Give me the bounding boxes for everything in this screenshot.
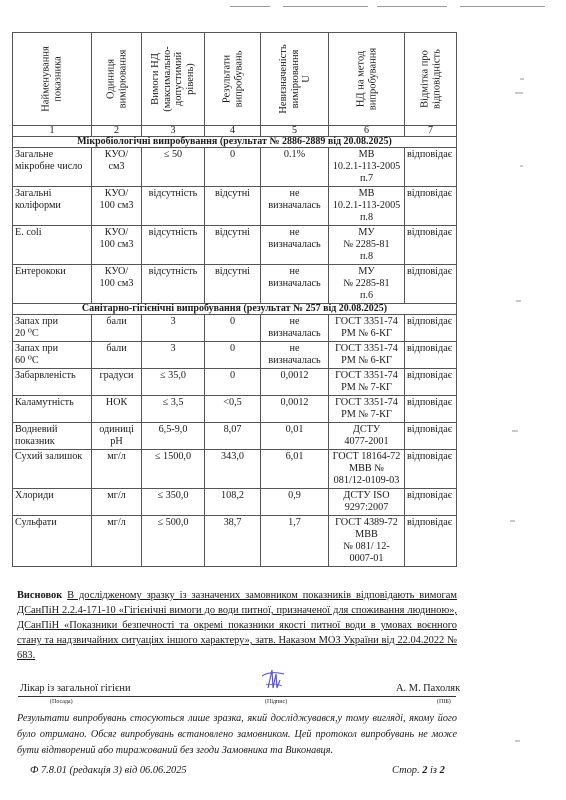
method-cell: ДСТУ ISO 9297:2007 (329, 489, 405, 516)
scan-artifact (283, 6, 368, 7)
method-cell: ГОСТ 3351-74 РМ № 7-КГ (329, 369, 405, 396)
scan-artifact (515, 92, 523, 94)
indicator-name-cell: Забарвленість (13, 369, 92, 396)
handwritten-signature-icon (258, 666, 286, 694)
indicator-name-cell: E. coli (13, 226, 92, 265)
requirement-cell: відсутність (142, 226, 205, 265)
uncertainty-cell: 0,0012 (261, 396, 329, 423)
requirement-cell: ≤ 3,5 (142, 396, 205, 423)
column-number: 1 (13, 126, 92, 137)
method-cell: ГОСТ 18164-72 МВВ № 081/12-0109-03 (329, 450, 405, 489)
unit-cell: КУО/ 100 см3 (92, 265, 142, 304)
column-number-row: 1 2 3 4 5 6 7 (13, 126, 457, 137)
result-cell: 0 (205, 369, 261, 396)
indicator-name-cell: Загальне мікробне число (13, 148, 92, 187)
table-row: Загальні коліформиКУО/ 100 см3відсутніст… (13, 187, 457, 226)
result-cell: 8,07 (205, 423, 261, 450)
method-cell: МВ 10.2.1-113-2005 п.7 (329, 148, 405, 187)
conclusion-label: Висновок (17, 590, 62, 601)
indicator-name-cell: Запах при 20 ⁰С (13, 315, 92, 342)
requirement-cell: відсутність (142, 187, 205, 226)
scan-artifact (512, 430, 518, 432)
table-row: ЕнтерококиКУО/ 100 см3відсутністьвідсутн… (13, 265, 457, 304)
signer-position: Лікар із загальної гігієни (20, 683, 131, 694)
column-number: 3 (142, 126, 205, 137)
compliance-cell: відповідає (405, 265, 457, 304)
disclaimer-note: Результати випробувань стосуються лише з… (17, 711, 457, 759)
table-row: Запах при 20 ⁰Сбали30не визначаласьГОСТ … (13, 315, 457, 342)
signature-line (18, 696, 456, 697)
indicator-name-cell: Каламутність (13, 396, 92, 423)
header-compliance: Відмітка про відповідність (405, 33, 457, 126)
compliance-cell: відповідає (405, 489, 457, 516)
uncertainty-cell: 1,7 (261, 516, 329, 567)
unit-cell: КУО/ см3 (92, 148, 142, 187)
uncertainty-cell: 6,01 (261, 450, 329, 489)
scan-artifact (515, 740, 520, 742)
result-cell: 108,2 (205, 489, 261, 516)
indicator-name-cell: Водневий показник (13, 423, 92, 450)
requirement-cell: ≤ 1500,0 (142, 450, 205, 489)
column-number: 6 (329, 126, 405, 137)
result-cell: <0,5 (205, 396, 261, 423)
requirement-cell: ≤ 350,0 (142, 489, 205, 516)
indicator-name-cell: Запах при 60 ⁰С (13, 342, 92, 369)
table-row: Сухий залишокмг/л≤ 1500,0343,06,01ГОСТ 1… (13, 450, 457, 489)
requirement-cell: 3 (142, 315, 205, 342)
uncertainty-cell: не визначалась (261, 187, 329, 226)
compliance-cell: відповідає (405, 450, 457, 489)
compliance-cell: відповідає (405, 187, 457, 226)
indicator-name-cell: Сульфати (13, 516, 92, 567)
scan-artifact (520, 165, 523, 167)
unit-cell: мг/л (92, 516, 142, 567)
scan-artifact (516, 300, 521, 302)
method-cell: ГОСТ 4389-72 МВВ № 081/ 12- 0007-01 (329, 516, 405, 567)
result-cell: 0 (205, 315, 261, 342)
scan-artifact (230, 6, 270, 7)
result-cell: 0 (205, 148, 261, 187)
header-requirement: Вимоги НД (максимально- допустимий рівен… (142, 33, 205, 126)
column-number: 7 (405, 126, 457, 137)
method-cell: МУ № 2285-81 п.8 (329, 226, 405, 265)
signer-name: А. М. Пахоляк (396, 683, 460, 694)
results-body: Мікробіологічні випробування (результат … (13, 137, 457, 567)
unit-cell: бали (92, 342, 142, 369)
unit-cell: градуси (92, 369, 142, 396)
indicator-name-cell: Сухий залишок (13, 450, 92, 489)
section-header-row: Санітарно-гігієнічні випробування (резул… (13, 304, 457, 315)
position-caption: (Посада) (50, 699, 73, 705)
table-header-row: Найменування показника Одиниця вимірюван… (13, 33, 457, 126)
table-row: КаламутністьНОК≤ 3,5<0,50,0012ГОСТ 3351-… (13, 396, 457, 423)
unit-cell: одиниці pH (92, 423, 142, 450)
scan-artifact (510, 520, 515, 522)
result-cell: 38,7 (205, 516, 261, 567)
results-table: Найменування показника Одиниця вимірюван… (12, 32, 457, 567)
column-number: 4 (205, 126, 261, 137)
unit-cell: КУО/ 100 см3 (92, 187, 142, 226)
scan-artifact (520, 78, 524, 80)
method-cell: ГОСТ 3351-74 РМ № 6-КГ (329, 342, 405, 369)
scan-artifact (460, 6, 545, 7)
method-cell: ГОСТ 3351-74 РМ № 6-КГ (329, 315, 405, 342)
requirement-cell: ≤ 50 (142, 148, 205, 187)
table-row: Забарвленістьградуси≤ 35,000,0012ГОСТ 33… (13, 369, 457, 396)
requirement-cell: відсутність (142, 265, 205, 304)
uncertainty-cell: 0,9 (261, 489, 329, 516)
unit-cell: мг/л (92, 489, 142, 516)
compliance-cell: відповідає (405, 342, 457, 369)
page-number: Стор. 2 із 2 (392, 765, 445, 776)
signature-caption: (Підпис) (265, 699, 287, 705)
header-indicator-name: Найменування показника (13, 33, 92, 126)
result-cell: відсутні (205, 187, 261, 226)
table-row: Водневий показникодиниці pH6,5-9,08,070,… (13, 423, 457, 450)
scan-artifact (377, 6, 447, 7)
compliance-cell: відповідає (405, 315, 457, 342)
protocol-page: Найменування показника Одиниця вимірюван… (0, 0, 566, 800)
result-cell: відсутні (205, 226, 261, 265)
header-unit: Одиниця вимірювання (92, 33, 142, 126)
method-cell: ГОСТ 3351-74 РМ № 7-КГ (329, 396, 405, 423)
column-number: 5 (261, 126, 329, 137)
unit-cell: бали (92, 315, 142, 342)
compliance-cell: відповідає (405, 396, 457, 423)
compliance-cell: відповідає (405, 369, 457, 396)
compliance-cell: відповідає (405, 516, 457, 567)
uncertainty-cell: 0.1% (261, 148, 329, 187)
unit-cell: КУО/ 100 см3 (92, 226, 142, 265)
table-row: Запах при 60 ⁰Сбали30не визначаласьГОСТ … (13, 342, 457, 369)
section-title: Мікробіологічні випробування (результат … (13, 137, 457, 148)
requirement-cell: 6,5-9,0 (142, 423, 205, 450)
uncertainty-cell: не визначалась (261, 315, 329, 342)
form-code: Ф 7.8.01 (редакція 3) від 06.06.2025 (30, 765, 187, 776)
result-cell: 343,0 (205, 450, 261, 489)
table-row: Хлоридимг/л≤ 350,0108,20,9ДСТУ ISO 9297:… (13, 489, 457, 516)
unit-cell: НОК (92, 396, 142, 423)
result-cell: 0 (205, 342, 261, 369)
header-uncertainty: Невизначеність вимірювання U (261, 33, 329, 126)
uncertainty-cell: 0,0012 (261, 369, 329, 396)
conclusion: Висновок В дослідженому зразку із зазнач… (17, 588, 457, 663)
name-caption: (ПІБ) (437, 699, 451, 705)
requirement-cell: 3 (142, 342, 205, 369)
compliance-cell: відповідає (405, 226, 457, 265)
table-row: E. coliКУО/ 100 см3відсутністьвідсутніне… (13, 226, 457, 265)
table-row: Сульфатимг/л≤ 500,038,71,7ГОСТ 4389-72 М… (13, 516, 457, 567)
column-number: 2 (92, 126, 142, 137)
uncertainty-cell: 0,01 (261, 423, 329, 450)
header-method: НД на метод випробування (329, 33, 405, 126)
method-cell: МВ 10.2.1-113-2005 п.8 (329, 187, 405, 226)
requirement-cell: ≤ 500,0 (142, 516, 205, 567)
table-row: Загальне мікробне числоКУО/ см3≤ 5000.1%… (13, 148, 457, 187)
indicator-name-cell: Ентерококи (13, 265, 92, 304)
uncertainty-cell: не визначалась (261, 342, 329, 369)
section-header-row: Мікробіологічні випробування (результат … (13, 137, 457, 148)
indicator-name-cell: Хлориди (13, 489, 92, 516)
method-cell: МУ № 2285-81 п.6 (329, 265, 405, 304)
result-cell: відсутні (205, 265, 261, 304)
compliance-cell: відповідає (405, 148, 457, 187)
method-cell: ДСТУ 4077-2001 (329, 423, 405, 450)
conclusion-text: В дослідженому зразку із зазначених замо… (17, 590, 457, 661)
compliance-cell: відповідає (405, 423, 457, 450)
uncertainty-cell: не визначалась (261, 265, 329, 304)
header-result: Результати випробувань (205, 33, 261, 126)
section-title: Санітарно-гігієнічні випробування (резул… (13, 304, 457, 315)
requirement-cell: ≤ 35,0 (142, 369, 205, 396)
indicator-name-cell: Загальні коліформи (13, 187, 92, 226)
unit-cell: мг/л (92, 450, 142, 489)
uncertainty-cell: не визначалась (261, 226, 329, 265)
